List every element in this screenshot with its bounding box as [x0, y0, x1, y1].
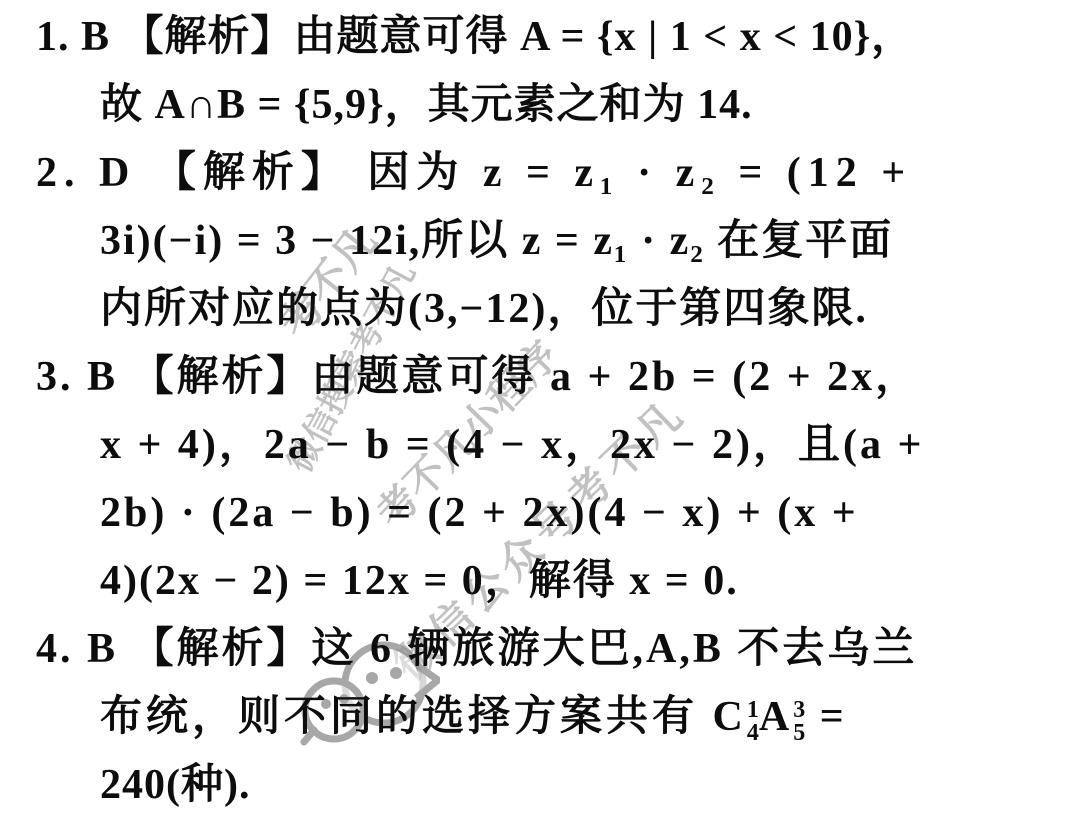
explanation-line: 故 A∩B = {5,9}，其元素之和为 14.: [0, 72, 1070, 140]
equals-sign: =: [805, 694, 847, 740]
explanation-text: 布统，则不同的选择方案共有: [100, 694, 713, 740]
explanation-line: 布统，则不同的选择方案共有 C14A35 =: [0, 684, 1070, 752]
answer-item-4: 4. B 【解析】这 6 辆旅游大巴,A,B 不去乌兰 布统，则不同的选择方案共…: [0, 616, 1070, 820]
answer-item-2: 2. D 【解析】 因为 z = z₁ · z₂ = (12 + 3i)(−i)…: [0, 140, 1070, 344]
answer-sheet: 1. B 【解析】由题意可得 A = {x | 1 < x < 10}， 故 A…: [0, 4, 1070, 820]
explanation-line: 2. D 【解析】 因为 z = z₁ · z₂ = (12 +: [0, 140, 1070, 208]
combination-symbol: C14: [713, 694, 759, 740]
explanation-line: 240(种).: [0, 752, 1070, 820]
explanation-line: x + 4)，2a − b = (4 − x，2x − 2)，且(a +: [0, 412, 1070, 480]
explanation-line: 3. B 【解析】由题意可得 a + 2b = (2 + 2x，: [0, 344, 1070, 412]
explanation-line: 2b) · (2a − b) = (2 + 2x)(4 − x) + (x +: [0, 480, 1070, 548]
explanation-line: 1. B 【解析】由题意可得 A = {x | 1 < x < 10}，: [0, 4, 1070, 72]
explanation-line: 3i)(−i) = 3 − 12i,所以 z = z₁ · z₂ 在复平面: [0, 208, 1070, 276]
explanation-line: 内所对应的点为(3,−12)，位于第四象限.: [0, 276, 1070, 344]
answer-item-3: 3. B 【解析】由题意可得 a + 2b = (2 + 2x， x + 4)，…: [0, 344, 1070, 616]
explanation-line: 4)(2x − 2) = 12x = 0，解得 x = 0.: [0, 548, 1070, 616]
explanation-line: 4. B 【解析】这 6 辆旅游大巴,A,B 不去乌兰: [0, 616, 1070, 684]
arrangement-symbol: A35: [759, 694, 805, 740]
answer-item-1: 1. B 【解析】由题意可得 A = {x | 1 < x < 10}， 故 A…: [0, 4, 1070, 140]
